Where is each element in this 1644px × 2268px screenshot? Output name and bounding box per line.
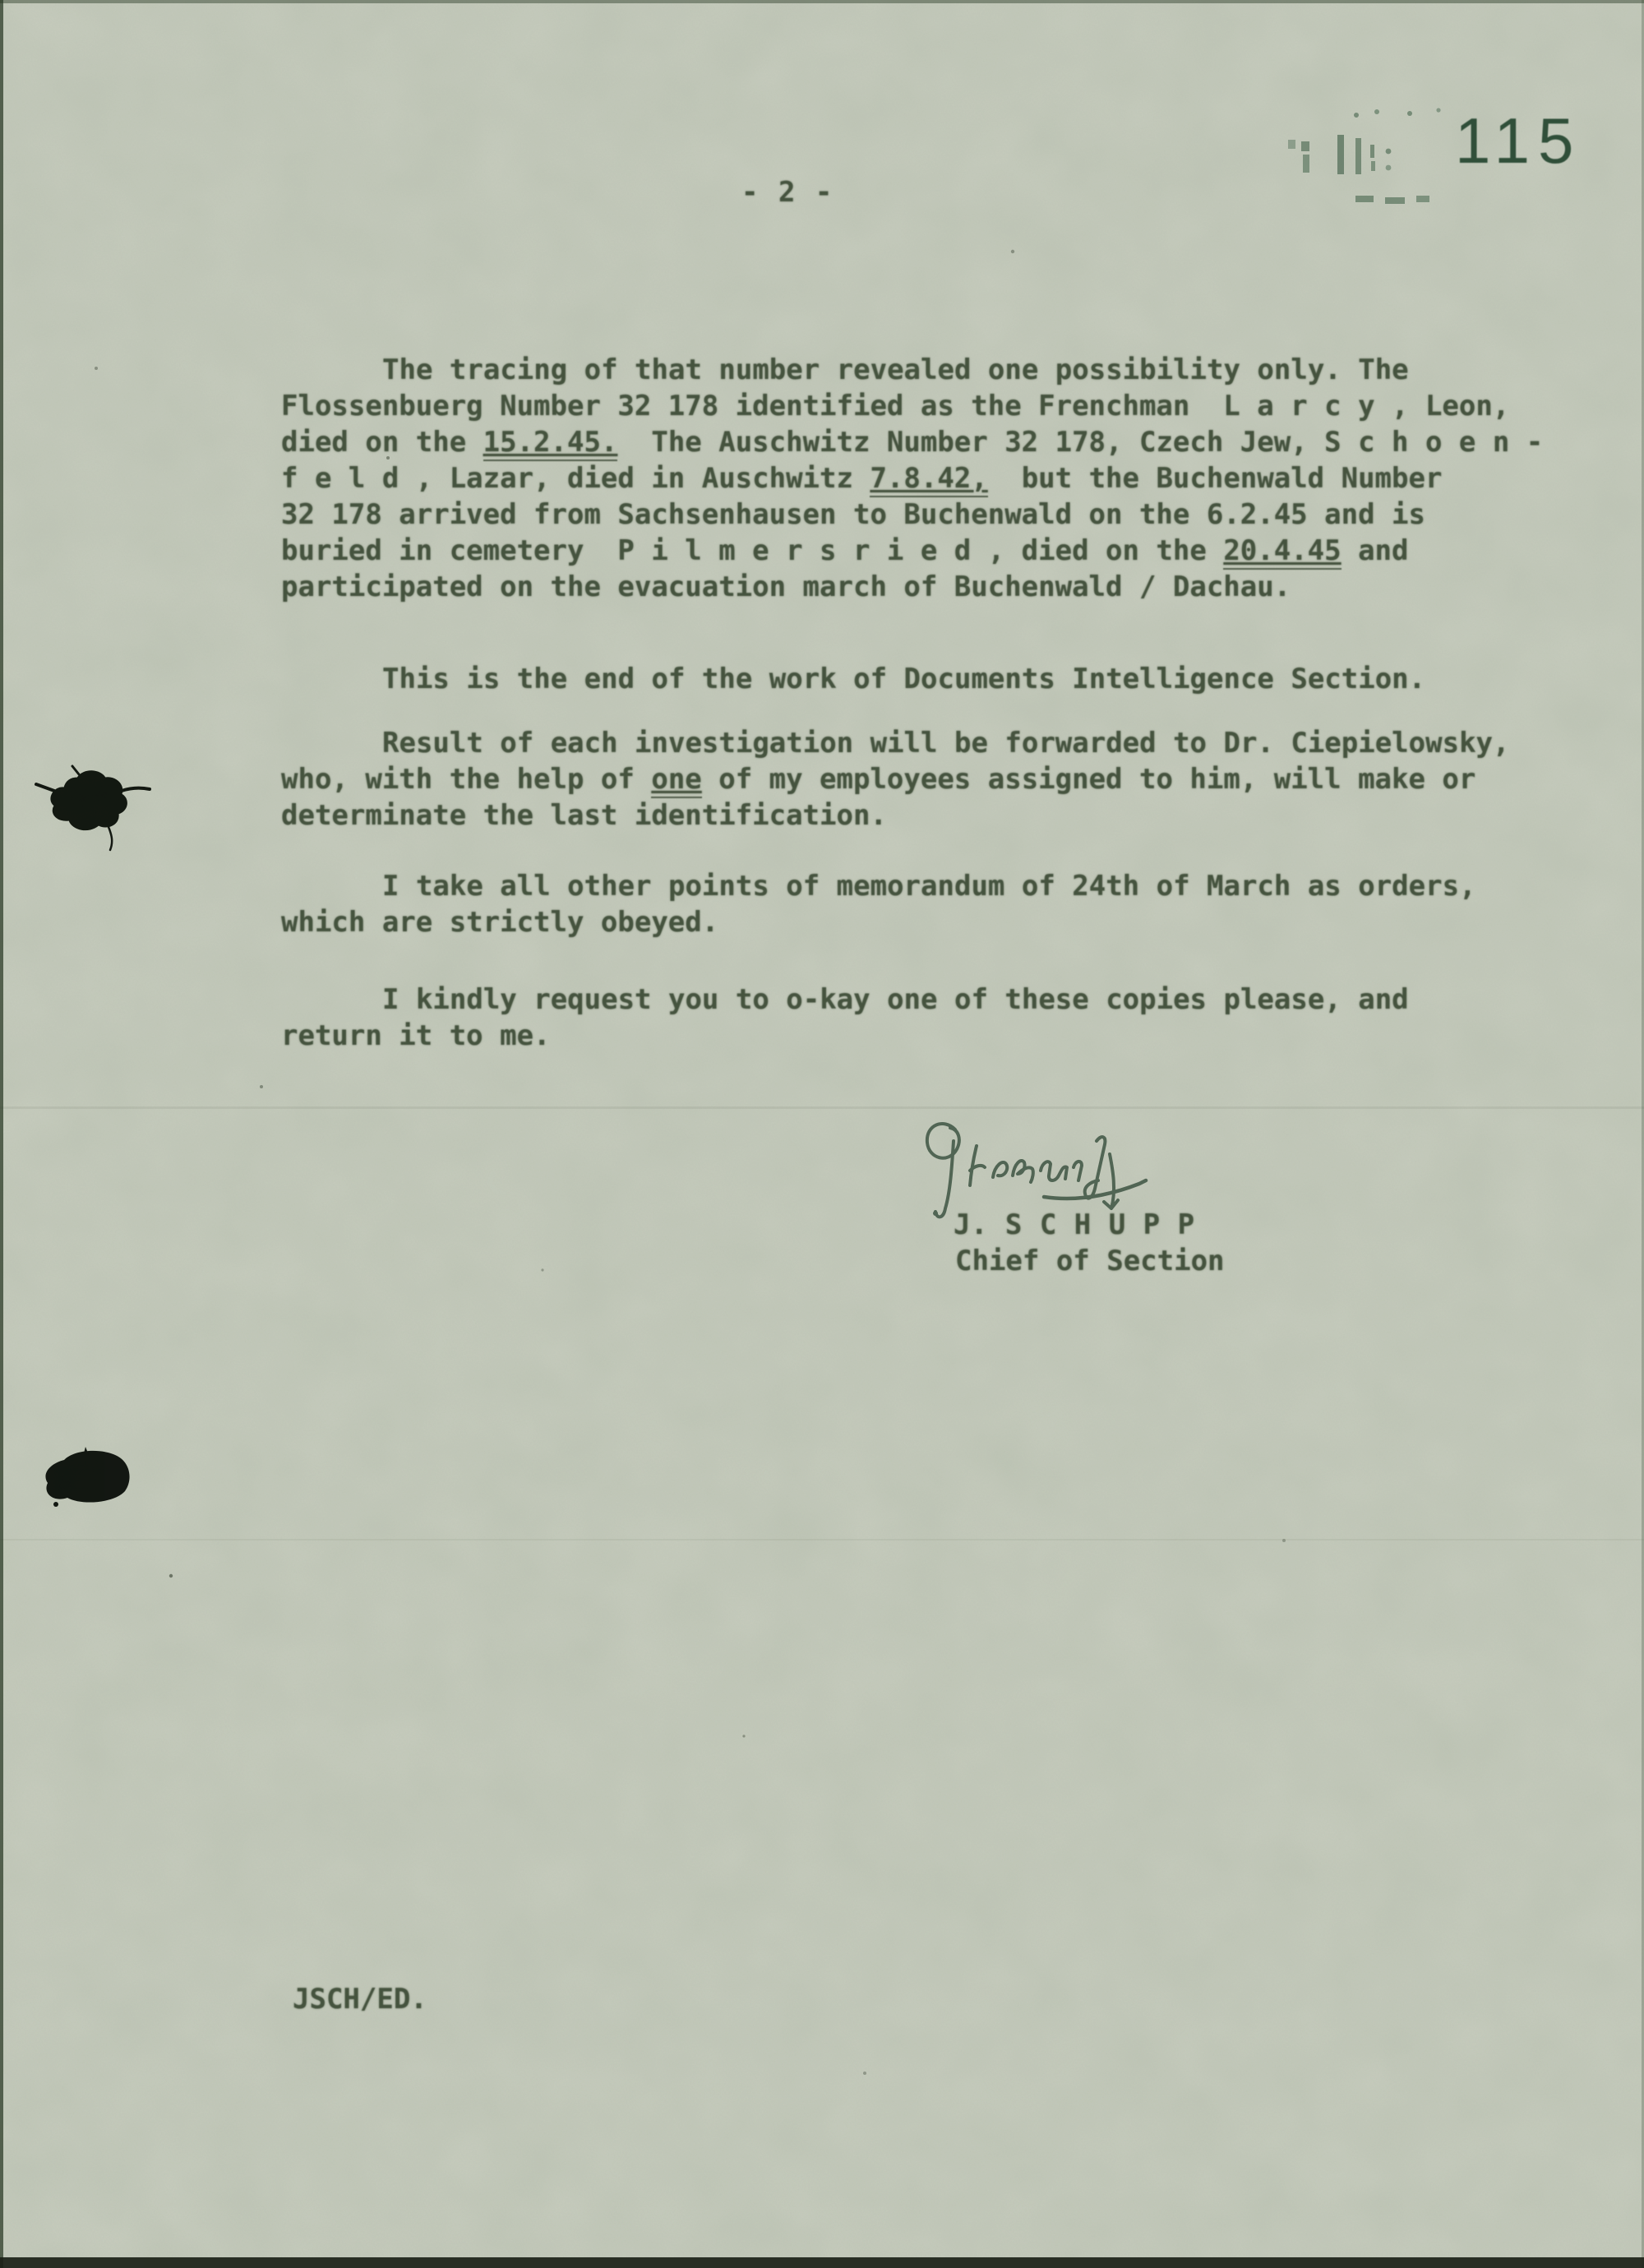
text-segment: died on the — [281, 426, 483, 459]
underlined-word: one — [651, 763, 701, 798]
scan-edge-bottom — [0, 2257, 1644, 2268]
paragraph-end-of-work: This is the end of the work of Documents… — [281, 663, 1596, 699]
text-line: This is the end of the work of Documents… — [281, 663, 1596, 699]
text-segment: which are strictly obeyed. — [281, 906, 718, 939]
text-segment: Result of each investigation will be for… — [382, 727, 1509, 760]
text-segment: Flossenbuerg Number 32 178 identified as… — [281, 390, 1509, 423]
paragraph-okay-request: I kindly request you to o-kay one of the… — [281, 983, 1596, 1055]
text-line: buried in cemetery P i l m e r s r i e d… — [281, 534, 1596, 570]
ink-blot-bottom — [36, 1447, 143, 1529]
text-line: who, with the help of one of my employee… — [281, 763, 1596, 799]
text-segment: I take all other points of memorandum of… — [382, 870, 1476, 903]
underlined-date: 15.2.45. — [483, 426, 618, 461]
faint-stamp-marks — [1286, 104, 1451, 219]
text-segment: JSCH/ED. — [293, 1983, 427, 2016]
text-segment: Chief of Section — [955, 1245, 1225, 1277]
text-segment: This is the end of the work of Documents… — [382, 663, 1425, 695]
typed-signer-name: J. S C H U P P — [954, 1208, 1195, 1241]
text-line: 32 178 arrived from Sachsenhausen to Buc… — [281, 498, 1596, 534]
text-segment: but the Buchenwald Number — [988, 462, 1443, 495]
text-segment: The Auschwitz Number 32 178, Czech Jew, … — [617, 426, 1543, 459]
text-line: determinate the last identification. — [281, 799, 1596, 835]
page-number-text: - 2 - — [741, 176, 834, 209]
text-segment: participated on the evacuation march of … — [281, 570, 1291, 603]
scan-edge-left — [0, 0, 3, 2268]
text-line: The tracing of that number revealed one … — [281, 353, 1596, 390]
signer-title: Chief of Section — [955, 1245, 1225, 1277]
stamp-number: 115 — [1455, 104, 1582, 178]
text-line: participated on the evacuation march of … — [281, 570, 1596, 607]
text-line: I take all other points of memorandum of… — [281, 870, 1596, 906]
text-segment: return it to me. — [281, 1019, 551, 1052]
scanned-document-page: - 2 - 115 — [0, 0, 1644, 2268]
reference-initials: JSCH/ED. — [293, 1983, 427, 2016]
paper-crease — [0, 1106, 1644, 1109]
text-segment: I kindly request you to o-kay one of the… — [382, 983, 1409, 1016]
text-segment: determinate the last identification. — [281, 799, 887, 832]
text-line: I kindly request you to o-kay one of the… — [281, 983, 1596, 1019]
text-line: Result of each investigation will be for… — [281, 727, 1596, 763]
paper-crease — [0, 1539, 1644, 1540]
ink-blot-top — [30, 763, 153, 853]
page-number: - 2 - — [741, 176, 834, 209]
underlined-date: 7.8.42, — [870, 462, 987, 497]
text-segment: and — [1342, 534, 1409, 567]
text-line: f e l d , Lazar, died in Auschwitz 7.8.4… — [281, 462, 1596, 498]
text-segment: f e l d , Lazar, died in Auschwitz — [281, 462, 870, 495]
text-segment: who, with the help of — [281, 763, 651, 796]
text-segment: J. S C H U P P — [954, 1208, 1195, 1241]
paragraph-tracing-result: The tracing of that number revealed one … — [281, 353, 1596, 607]
archive-stamp: 115 — [1286, 104, 1632, 227]
paper-texture — [0, 0, 1644, 2268]
scan-edge-top — [0, 0, 1644, 3]
text-segment: buried in cemetery P i l m e r s r i e d… — [281, 534, 1223, 567]
text-line: Flossenbuerg Number 32 178 identified as… — [281, 390, 1596, 426]
paragraph-memorandum-orders: I take all other points of memorandum of… — [281, 870, 1596, 942]
text-segment: 32 178 arrived from Sachsenhausen to Buc… — [281, 498, 1425, 531]
text-line: died on the 15.2.45. The Auschwitz Numbe… — [281, 426, 1596, 462]
text-segment: The tracing of that number revealed one … — [382, 353, 1409, 386]
text-segment: of my employees assigned to him, will ma… — [702, 763, 1476, 796]
text-line: return it to me. — [281, 1019, 1596, 1055]
underlined-date: 20.4.45 — [1223, 534, 1341, 570]
text-line: which are strictly obeyed. — [281, 906, 1596, 942]
paragraph-investigation-result: Result of each investigation will be for… — [281, 727, 1596, 835]
